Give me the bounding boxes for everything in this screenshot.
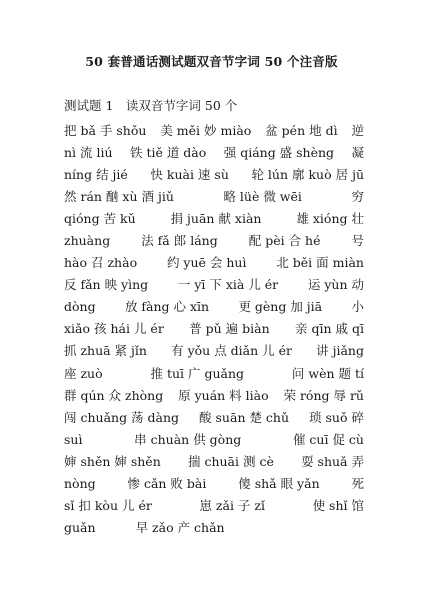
word-entry: 雄 xióng 壮 <box>296 208 364 230</box>
word-line: hào 召 zhào约 yuē 会 huì北 běi 面 miàn <box>64 252 364 274</box>
word-entry: guǎn <box>64 517 96 539</box>
word-entry: 铁 tiě 道 dào <box>130 142 206 164</box>
word-entry: 反 fǎn 映 yìng <box>64 274 148 296</box>
word-line: 然 rán 酗 xù 酒 jiǔ略 lüè 微 wēi穷 <box>64 186 364 208</box>
word-entry: 催 cuī 促 cù <box>293 429 364 451</box>
word-entry: nòng <box>64 473 96 495</box>
word-entry: 约 yuē 会 huì <box>167 252 247 274</box>
word-entry: 号 <box>351 230 364 252</box>
word-line: níng 结 jié快 kuài 速 sù轮 lún 廓 kuò 居 jū <box>64 164 364 186</box>
word-entry: 琐 suǒ 碎 <box>309 407 364 429</box>
word-line: qióng 苦 kǔ捐 juān 献 xiàn雄 xióng 壮 <box>64 208 364 230</box>
word-entry: 耍 shuǎ 弄 <box>301 451 364 473</box>
word-entry: 捐 juān 献 xiàn <box>171 208 262 230</box>
word-line: xiǎo 孩 hái 儿 ér普 pǔ 遍 biàn亲 qīn 戚 qī <box>64 318 364 340</box>
word-entry: 小 <box>351 296 364 318</box>
word-entry: 一 yī 下 xià 儿 ér <box>178 274 278 296</box>
word-entry: 推 tuī 广 guǎng <box>150 363 244 385</box>
word-line: 群 qún 众 zhòng原 yuán 料 liào荣 róng 辱 rǔ <box>64 385 364 407</box>
word-line: 抓 zhuā 紧 jǐn有 yǒu 点 diǎn 儿 ér讲 jiǎng <box>64 340 364 362</box>
word-entry: 北 běi 面 miàn <box>276 252 364 274</box>
word-entry: 问 wèn 题 tí <box>292 363 364 385</box>
word-entry: dòng <box>64 296 96 318</box>
word-entry: 逆 <box>351 120 364 142</box>
word-entry: hào 召 zhào <box>64 252 137 274</box>
word-entry: 婶 shěn 婶 shěn <box>64 451 161 473</box>
word-line: 反 fǎn 映 yìng一 yī 下 xià 儿 ér运 yùn 动 <box>64 274 364 296</box>
word-entry: 轮 lún 廓 kuò 居 jū <box>251 164 364 186</box>
word-entry: 快 kuài 速 sù <box>150 164 228 186</box>
word-entry: 法 fǎ 郎 láng <box>141 230 218 252</box>
word-entry: 群 qún 众 zhòng <box>64 385 163 407</box>
word-entry: 配 pèi 合 hé <box>249 230 321 252</box>
word-line: 婶 shěn 婶 shěn揣 chuāi 测 cè耍 shuǎ 弄 <box>64 451 364 473</box>
word-entry: 把 bǎ 手 shǒu <box>64 120 146 142</box>
word-entry: 强 qiáng 盛 shèng <box>224 142 334 164</box>
word-entry: 座 zuò <box>64 363 103 385</box>
word-entry: 普 pǔ 遍 biàn <box>189 318 269 340</box>
word-entry: 盆 pén 地 dì <box>265 120 337 142</box>
word-entry: sǐ 扣 kòu 儿 ér <box>64 495 152 517</box>
word-entry: 抓 zhuā 紧 jǐn <box>64 340 147 362</box>
document-page: 50 套普通话测试题双音节字词 50 个注音版 测试题 1 读双音节字词 50 … <box>0 0 423 600</box>
document-title: 50 套普通话测试题双音节字词 50 个注音版 <box>0 52 423 70</box>
word-line: 把 bǎ 手 shǒu美 měi 妙 miào盆 pén 地 dì逆 <box>64 120 364 142</box>
word-entry: 惨 cǎn 败 bài <box>127 473 206 495</box>
word-entry: 略 lüè 微 wēi <box>223 186 301 208</box>
word-entry: 串 chuàn 供 gòng <box>134 429 241 451</box>
word-entry: nì 流 liú <box>64 142 113 164</box>
word-line: sǐ 扣 kòu 儿 ér崽 zǎi 子 zǐ使 shǐ 馆 <box>64 495 364 517</box>
word-line: nì 流 liú铁 tiě 道 dào强 qiáng 盛 shèng凝 <box>64 142 364 164</box>
word-entry: 死 <box>351 473 364 495</box>
word-entry: 酸 suān 楚 chǔ <box>199 407 289 429</box>
word-entry: 穷 <box>351 186 364 208</box>
word-entry: 更 gèng 加 jiā <box>238 296 322 318</box>
word-entry: suì <box>64 429 82 451</box>
word-entry: 揣 chuāi 测 cè <box>188 451 274 473</box>
word-entry: xiǎo 孩 hái 儿 ér <box>64 318 164 340</box>
word-entry: zhuàng <box>64 230 110 252</box>
word-entry: 傻 shǎ 眼 yǎn <box>238 473 319 495</box>
word-entry: 放 fàng 心 xīn <box>125 296 209 318</box>
word-line: zhuàng法 fǎ 郎 láng配 pèi 合 hé号 <box>64 230 364 252</box>
word-line: 闯 chuǎng 荡 dàng酸 suān 楚 chǔ琐 suǒ 碎 <box>64 407 364 429</box>
test-subtitle: 测试题 1 读双音节字词 50 个 <box>64 96 237 114</box>
word-list: 把 bǎ 手 shǒu美 měi 妙 miào盆 pén 地 dì逆nì 流 l… <box>64 120 364 539</box>
word-entry: 荣 róng 辱 rǔ <box>283 385 364 407</box>
word-entry: 凝 <box>351 142 364 164</box>
word-entry: 早 zǎo 产 chǎn <box>136 517 225 539</box>
word-entry: 原 yuán 料 liào <box>178 385 269 407</box>
word-entry: qióng 苦 kǔ <box>64 208 136 230</box>
word-entry: 闯 chuǎng 荡 dàng <box>64 407 179 429</box>
word-line: guǎn早 zǎo 产 chǎn <box>64 517 364 539</box>
word-entry: 有 yǒu 点 diǎn 儿 ér <box>171 340 292 362</box>
word-entry: 使 shǐ 馆 <box>313 495 364 517</box>
word-entry: 然 rán 酗 xù 酒 jiǔ <box>64 186 174 208</box>
word-entry: 讲 jiǎng <box>316 340 364 362</box>
word-entry: níng 结 jié <box>64 164 128 186</box>
word-entry: 亲 qīn 戚 qī <box>295 318 364 340</box>
word-line: nòng惨 cǎn 败 bài傻 shǎ 眼 yǎn死 <box>64 473 364 495</box>
word-line: dòng放 fàng 心 xīn更 gèng 加 jiā小 <box>64 296 364 318</box>
word-entry: 运 yùn 动 <box>308 274 364 296</box>
word-entry: 美 měi 妙 miào <box>160 120 251 142</box>
word-entry: 崽 zǎi 子 zǐ <box>199 495 265 517</box>
word-line: 座 zuò推 tuī 广 guǎng问 wèn 题 tí <box>64 363 364 385</box>
word-line: suì串 chuàn 供 gòng催 cuī 促 cù <box>64 429 364 451</box>
